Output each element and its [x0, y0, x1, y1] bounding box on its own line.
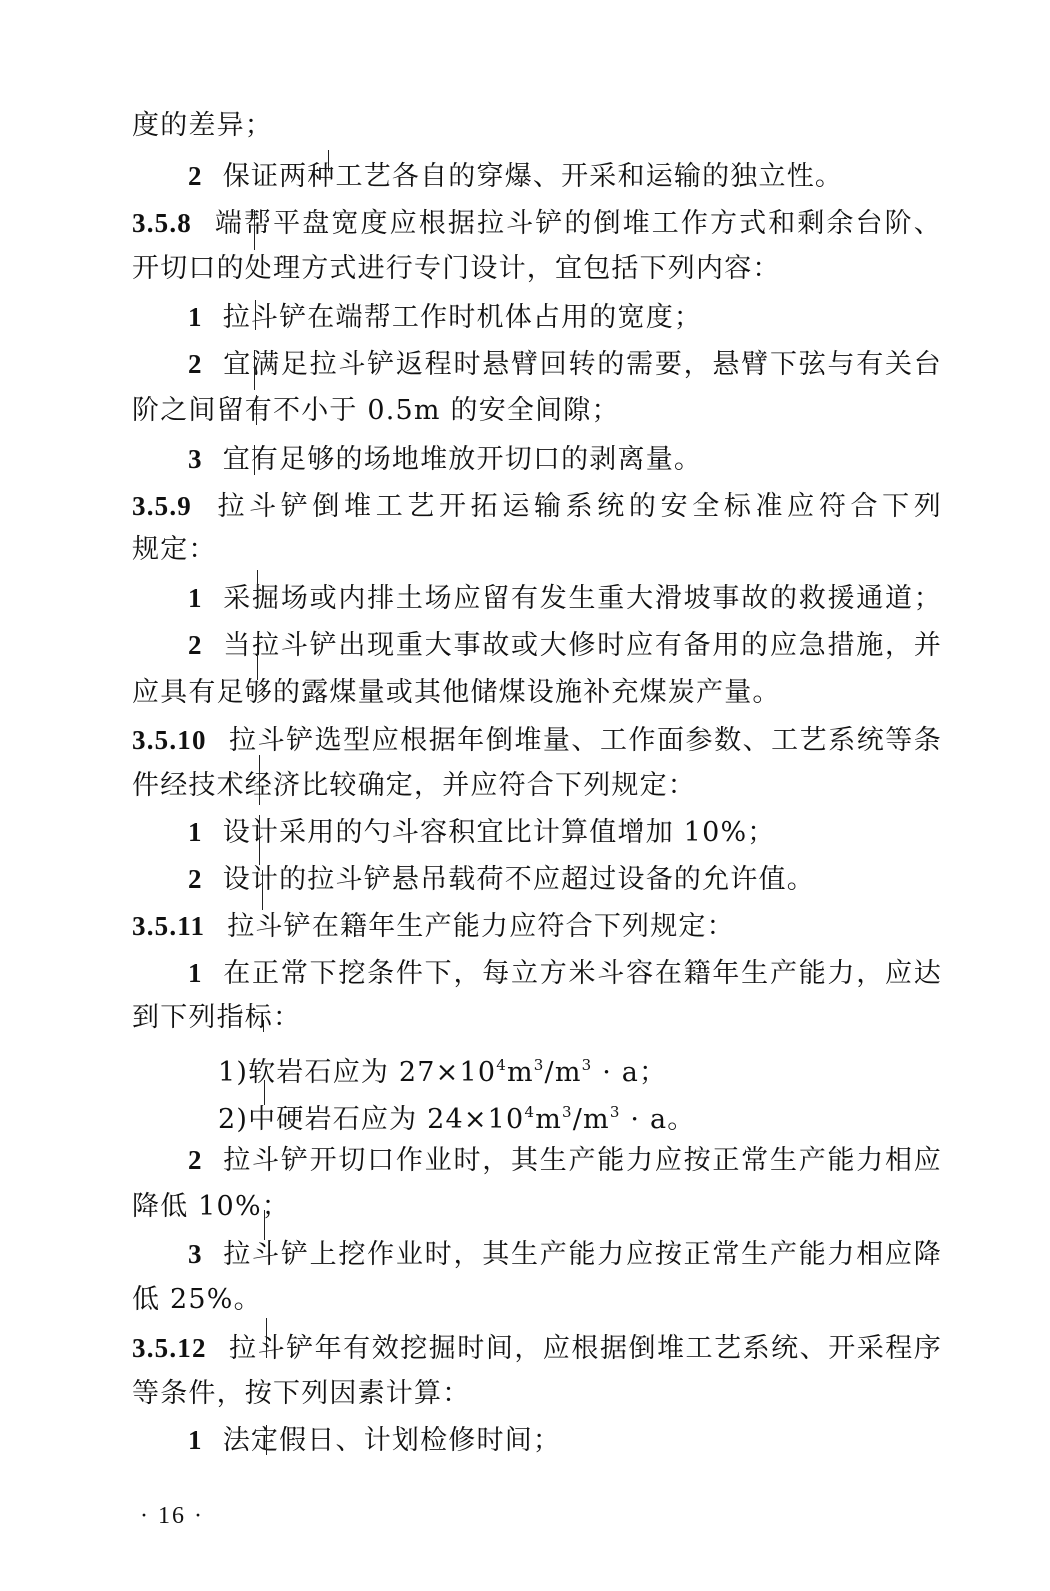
line-text: 法定假日、计划检修时间； — [223, 1425, 561, 1456]
list-item: 2拉斗铲开切口作业时，其生产能力应按正常生产能力相应 — [188, 1140, 942, 1181]
item-number: 1 — [188, 583, 203, 613]
section-heading-3-5-10: 3.5.10拉斗铲选型应根据年倒堆量、工作面参数、工艺系统等条 — [132, 720, 942, 761]
line-text: 度的差异； — [132, 110, 273, 141]
section-number: 3.5.9 — [132, 491, 192, 521]
scan-artifact — [254, 445, 255, 475]
sub-list-item: 2)中硬岩石应为 24×104m3/m3 · a。 — [218, 1092, 942, 1140]
superscript: 4 — [496, 1056, 507, 1074]
list-item: 2设计的拉斗铲悬吊载荷不应超过设备的允许值。 — [188, 859, 942, 900]
item-number: 2 — [188, 864, 203, 894]
item-number: 1 — [188, 1425, 203, 1455]
scan-artifact — [257, 640, 258, 680]
line-text: 设计的拉斗铲悬吊载荷不应超过设备的允许值。 — [223, 864, 815, 895]
section-heading-3-5-9: 3.5.9拉斗铲倒堆工艺开拓运输系统的安全标准应符合下列 — [132, 486, 942, 527]
scan-artifact — [266, 1318, 267, 1358]
list-item: 2保证两种工艺各自的穿爆、开采和运输的独立性。 — [188, 156, 942, 197]
line-text: 拉斗铲倒堆工艺开拓运输系统的安全标准应符合下列 — [214, 491, 942, 522]
superscript: 3 — [562, 1103, 573, 1121]
superscript: 3 — [610, 1103, 621, 1121]
scan-artifact — [254, 210, 255, 250]
list-item: 1拉斗铲在端帮工作时机体占用的宽度； — [188, 297, 942, 338]
item-number: 2 — [188, 161, 203, 191]
superscript: 4 — [524, 1103, 535, 1121]
line-text: 保证两种工艺各自的穿爆、开采和运输的独立性。 — [223, 161, 843, 192]
section-number: 3.5.10 — [132, 725, 207, 755]
item-number: 3 — [188, 444, 203, 474]
line-text: 应具有足够的露煤量或其他储煤设施补充煤炭产量。 — [132, 677, 781, 708]
scan-artifact — [259, 755, 260, 805]
line-text: 等条件，按下列因素计算： — [132, 1378, 470, 1409]
item-number: 1 — [188, 958, 203, 988]
section-number: 3.5.12 — [132, 1333, 207, 1363]
list-item: 2宜满足拉斗铲返程时悬臂回转的需要，悬臂下弦与有关台 — [188, 344, 942, 385]
superscript: 3 — [582, 1056, 593, 1074]
line-text: 设计采用的勺斗容积宜比计算值增加 10%； — [223, 817, 776, 848]
section-heading-3-5-11: 3.5.11拉斗铲在籍年生产能力应符合下列规定： — [132, 906, 942, 947]
text-line: 件经技术经济比较确定，并应符合下列规定： — [132, 766, 942, 806]
unit-text: m — [535, 1104, 562, 1135]
list-item: 1采掘场或内排土场应留有发生重大滑坡事故的救援通道； — [188, 578, 942, 619]
section-heading-3-5-12: 3.5.12拉斗铲年有效挖掘时间，应根据倒堆工艺系统、开采程序 — [132, 1328, 942, 1369]
list-item: 3拉斗铲上挖作业时，其生产能力应按正常生产能力相应降 — [188, 1234, 942, 1275]
item-number: 2 — [188, 630, 203, 660]
line-text: 2)中硬岩石应为 24×10 — [218, 1104, 524, 1135]
line-text: 采掘场或内排土场应留有发生重大滑坡事故的救援通道； — [223, 583, 942, 614]
line-text: 降低 10%； — [132, 1191, 290, 1222]
line-text: 宜有足够的场地堆放开切口的剥离量。 — [223, 444, 702, 475]
scan-artifact — [264, 1080, 265, 1105]
text-line: 规定： — [132, 530, 942, 570]
scan-artifact — [257, 570, 258, 590]
scan-artifact — [262, 870, 263, 910]
document-page: 度的差异； 2保证两种工艺各自的穿爆、开采和运输的独立性。 3.5.8端帮平盘宽… — [0, 0, 1050, 1591]
line-text: 开切口的处理方式进行专门设计，宜包括下列内容： — [132, 253, 781, 284]
scan-artifact — [256, 395, 257, 425]
line-text: 规定： — [132, 534, 217, 565]
line-text: 拉斗铲开切口作业时，其生产能力应按正常生产能力相应 — [223, 1145, 942, 1176]
scan-artifact — [254, 350, 255, 390]
list-item: 2当拉斗铲出现重大事故或大修时应有备用的应急措施，并 — [188, 625, 942, 666]
sub-list-item: 1)软岩石应为 27×104m3/m3 · a； — [218, 1045, 942, 1093]
line-text: 低 25%。 — [132, 1284, 262, 1315]
line-text: 拉斗铲上挖作业时，其生产能力应按正常生产能力相应降 — [223, 1239, 942, 1270]
line-text: 拉斗铲在籍年生产能力应符合下列规定： — [227, 911, 735, 942]
line-text: 端帮平盘宽度应根据拉斗铲的倒堆工作方式和剩余台阶、 — [214, 208, 942, 239]
scan-artifact — [266, 1425, 267, 1455]
text-line: 开切口的处理方式进行专门设计，宜包括下列内容： — [132, 249, 942, 289]
scan-artifact — [328, 150, 329, 172]
text-line: 等条件，按下列因素计算： — [132, 1374, 942, 1414]
line-text: 到下列指标： — [132, 1002, 301, 1033]
text-line: 应具有足够的露煤量或其他储煤设施补充煤炭产量。 — [132, 673, 942, 713]
section-number: 3.5.11 — [132, 911, 205, 941]
list-item: 1设计采用的勺斗容积宜比计算值增加 10%； — [188, 812, 942, 853]
unit-text: m — [507, 1057, 534, 1088]
line-text: 1)软岩石应为 27×10 — [218, 1057, 496, 1088]
line-text: 拉斗铲选型应根据年倒堆量、工作面参数、工艺系统等条 — [229, 725, 942, 756]
text-line: 度的差异； — [132, 106, 942, 146]
item-number: 1 — [188, 817, 203, 847]
item-number: 1 — [188, 302, 203, 332]
item-number: 2 — [188, 1145, 203, 1175]
text-line: 低 25%。 — [132, 1280, 942, 1320]
item-number: 2 — [188, 349, 203, 379]
scan-artifact — [263, 1020, 264, 1032]
superscript: 3 — [534, 1056, 545, 1074]
item-number: 3 — [188, 1239, 203, 1269]
list-item: 1法定假日、计划检修时间； — [188, 1420, 942, 1461]
unit-text: · a； — [592, 1057, 667, 1088]
section-number: 3.5.8 — [132, 208, 192, 238]
list-item: 3宜有足够的场地堆放开切口的剥离量。 — [188, 439, 942, 480]
list-item: 1在正常下挖条件下，每立方米斗容在籍年生产能力，应达 — [188, 953, 942, 994]
unit-text: · a。 — [621, 1104, 696, 1135]
scan-artifact — [264, 1210, 265, 1240]
line-text: 拉斗铲在端帮工作时机体占用的宽度； — [223, 302, 702, 333]
unit-text: /m — [545, 1057, 582, 1088]
line-text: 在正常下挖条件下，每立方米斗容在籍年生产能力，应达 — [223, 958, 942, 989]
text-line: 降低 10%； — [132, 1187, 942, 1227]
scan-artifact — [255, 300, 256, 330]
unit-text: /m — [573, 1104, 610, 1135]
line-text: 当拉斗铲出现重大事故或大修时应有备用的应急措施，并 — [223, 630, 942, 661]
line-text: 件经技术经济比较确定，并应符合下列规定： — [132, 770, 696, 801]
text-line: 到下列指标： — [132, 998, 942, 1038]
page-number: · 16 · — [140, 1503, 204, 1530]
line-text: 宜满足拉斗铲返程时悬臂回转的需要，悬臂下弦与有关台 — [223, 349, 942, 380]
line-text: 拉斗铲年有效挖掘时间，应根据倒堆工艺系统、开采程序 — [229, 1333, 942, 1364]
text-line: 阶之间留有不小于 0.5m 的安全间隙； — [132, 391, 942, 431]
scan-artifact — [259, 815, 260, 865]
line-text: 阶之间留有不小于 0.5m 的安全间隙； — [132, 395, 620, 426]
